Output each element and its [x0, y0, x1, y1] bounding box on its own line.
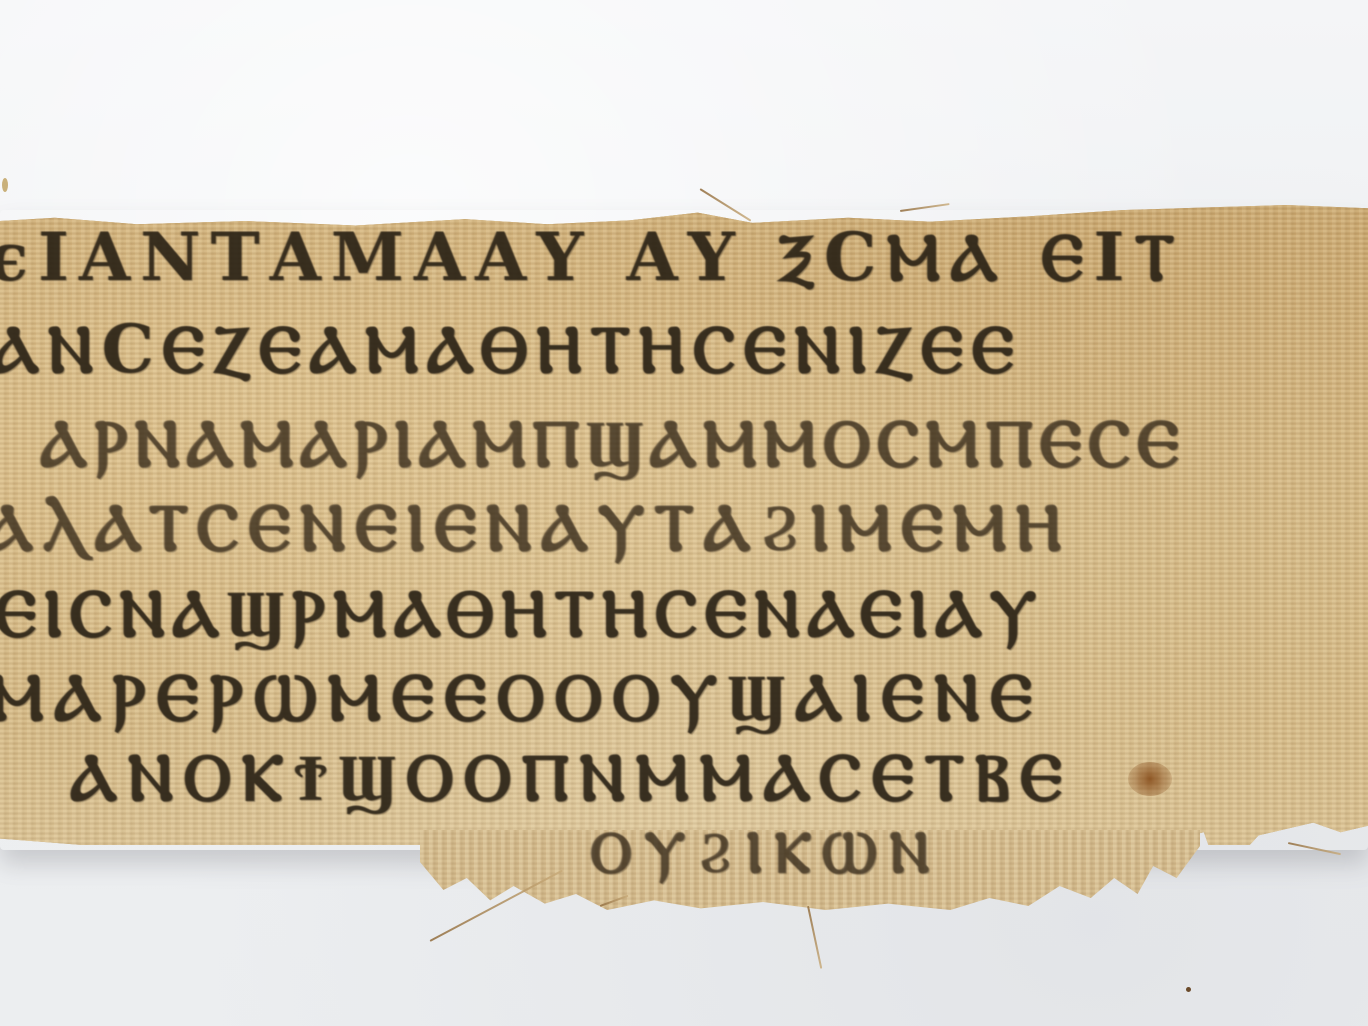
text-line-2: ⲀⲚϹⲈⲌⲈⲀⲘⲀⲐⲎⲦⲎⲤⲈⲚⲒⲌⲈⲈ	[0, 310, 1022, 390]
debris-speck	[2, 178, 8, 192]
ink-stain	[1128, 762, 1172, 796]
debris-speck	[1186, 987, 1191, 992]
text-line-4: ⲀⲖⲀⲦⲤⲈⲚⲈⲒⲈⲚⲀⲨⲦⲀϨⲒⲘⲈⲘⲎ	[0, 488, 1071, 568]
text-line-3: ⲀⲢⲚⲀⲘⲀⲢⲒⲀⲘⲠϢⲀⲘⲘⲞⲤⲘⲠⲈⲤⲈ	[40, 404, 1185, 484]
photo-scene: ϵΙΑΝΤΑΜΑΑΥ ΑΥ ⲜϹⲘⲀ ⲈΙⲦ ⲀⲚϹⲈⲌⲈⲀⲘⲀⲐⲎⲦⲎⲤⲈⲚⲒ…	[0, 0, 1368, 1026]
text-line-7: ⲀⲚⲞⲔϮϢⲞⲞⲠⲚⲘⲘⲀⲤⲈⲦⲂⲈ	[70, 738, 1072, 818]
text-line-1: ϵΙΑΝΤΑΜΑΑΥ ΑΥ ⲜϹⲘⲀ ⲈΙⲦ	[0, 218, 1185, 298]
text-line-5: ⲈⲒⲤⲚⲀϢⲢⲘⲀⲐⲎⲦⲎⲤⲈⲚⲀⲈⲒⲀⲨ	[0, 574, 1044, 654]
coptic-text-block: ϵΙΑΝΤΑΜΑΑΥ ΑΥ ⲜϹⲘⲀ ⲈΙⲦ ⲀⲚϹⲈⲌⲈⲀⲘⲀⲐⲎⲦⲎⲤⲈⲚⲒ…	[0, 212, 1368, 852]
text-line-8-partial: ⲞⲨϨⲒⲔⲰⲚ	[590, 818, 942, 887]
text-line-6: ⲘⲀⲢⲈⲢⲰⲘⲈⲈⲞⲞⲞⲨϢⲀⲒⲈⲚⲈ	[0, 658, 1043, 738]
